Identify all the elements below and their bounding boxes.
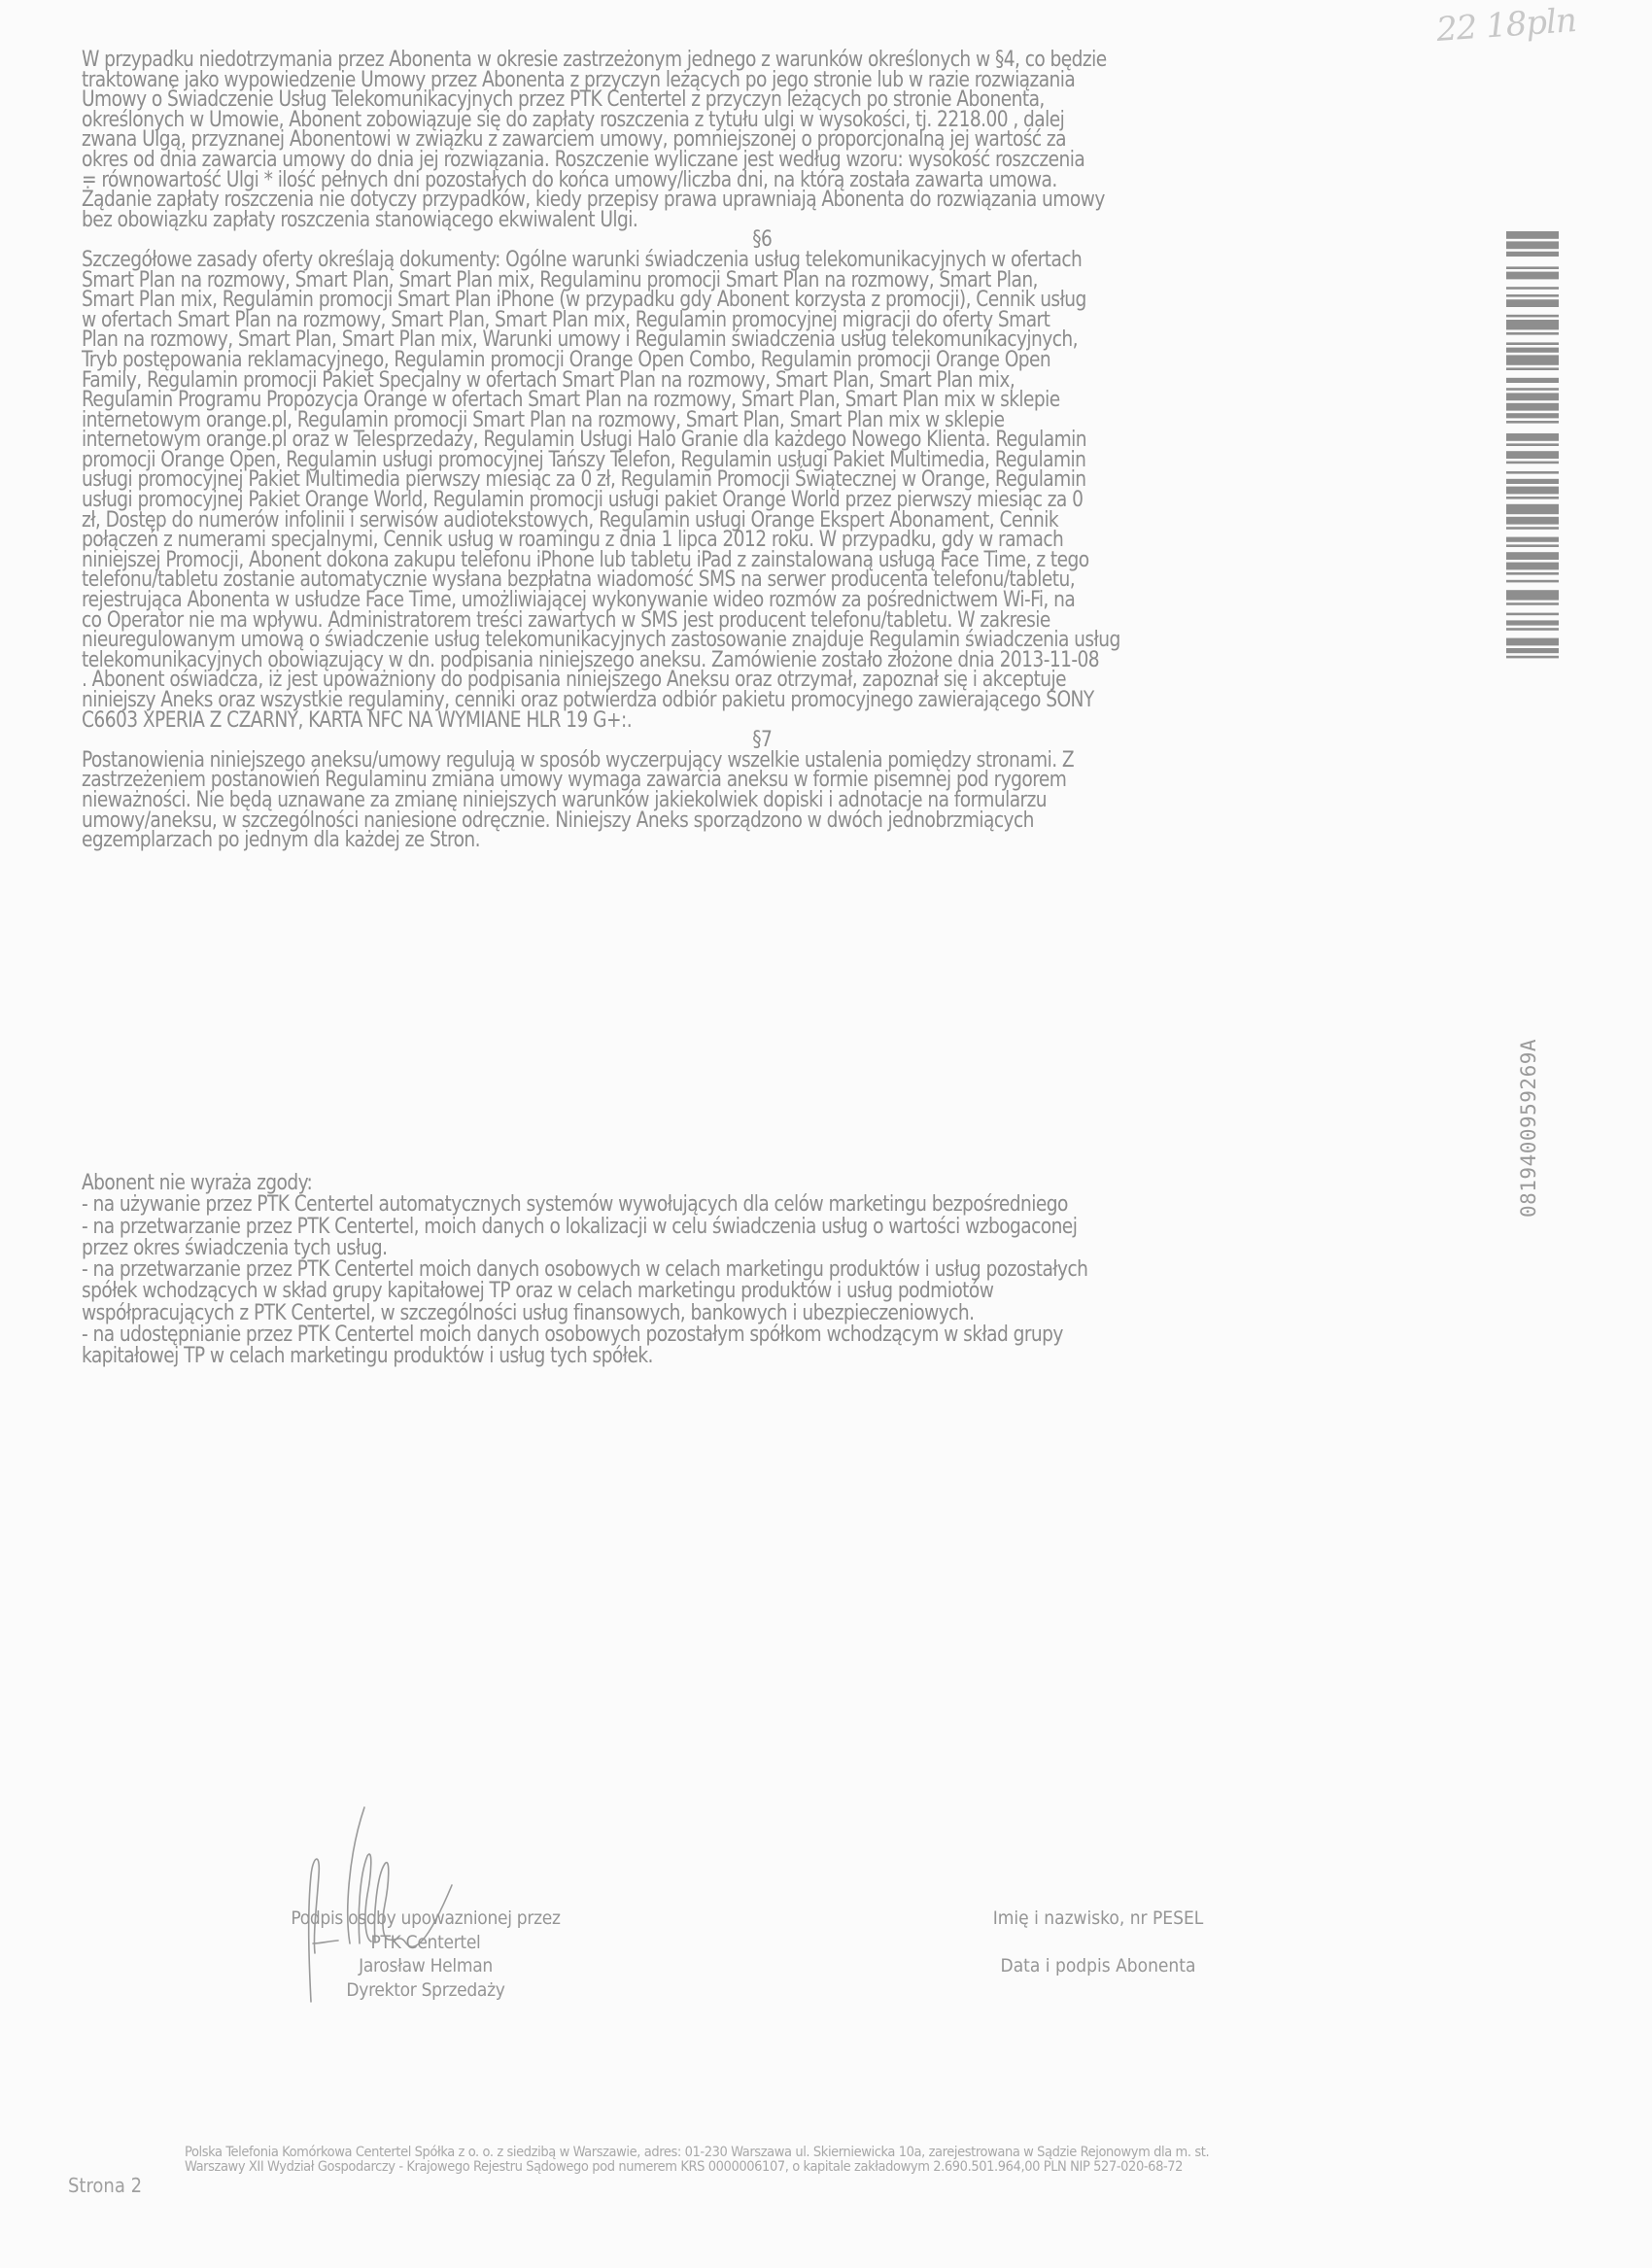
consent-item: kapitałowej TP w celach marketingu produ… <box>82 1346 1360 1367</box>
consent-item: spółek wchodzących w skład grupy kapitał… <box>82 1281 1360 1302</box>
consent-heading: Abonent nie wyraża zgody: <box>82 1173 1360 1194</box>
signatory-label: Podpis osoby upowaznionej przez <box>270 1907 581 1931</box>
handwritten-note: 22 18pln <box>1435 1 1577 50</box>
section-5-text: W przypadku niedotrzymania przez Abonent… <box>82 51 1360 230</box>
consent-item: przez okres świadczenia tych usług. <box>82 1238 1360 1259</box>
footer-legal-text: Polska Telefonia Komórkowa Centertel Spó… <box>185 2146 1448 2175</box>
authorized-signatory-block: Podpis osoby upowaznionej przez PTK Cent… <box>270 1907 581 2002</box>
page-number: Strona 2 <box>68 2174 142 2197</box>
consent-item: - na przetwarzanie przez PTK Centertel m… <box>82 1259 1360 1281</box>
consent-item: - na używanie przez PTK Centertel automa… <box>82 1194 1360 1216</box>
signatory-name: Jarosław Helman <box>270 1954 581 1978</box>
subscriber-signature-block: Imię i nazwisko, nr PESEL Data i podpis … <box>933 1907 1263 1977</box>
section-7-text: Postanowienia niniejszego aneksu/umowy r… <box>82 751 1360 851</box>
signatory-title: Dyrektor Sprzedaży <box>270 1978 581 2003</box>
signatory-company: PTK Centertel <box>270 1931 581 1955</box>
consent-block: Abonent nie wyraża zgody: - na używanie … <box>82 1173 1360 1368</box>
contract-body: W przypadku niedotrzymania przez Abonent… <box>82 51 1360 851</box>
text-line: bez obowiązku zapłaty roszczenia stanowi… <box>82 211 1360 231</box>
consent-list: - na używanie przez PTK Centertel automa… <box>82 1194 1360 1367</box>
consent-item: - na przetwarzanie przez PTK Centertel, … <box>82 1217 1360 1238</box>
document-page: 22 18pln W przypadku niedotrzymania prze… <box>0 0 1652 2268</box>
section-6-text: Szczegółowe zasady oferty określają doku… <box>82 251 1360 731</box>
consent-item: współpracujących z PTK Centertel, w szcz… <box>82 1303 1360 1324</box>
text-line: C6603 XPERIA Z CZARNY, KARTA NFC NA WYMI… <box>82 711 1360 732</box>
subscriber-date-label: Data i podpis Abonenta <box>933 1954 1263 1978</box>
consent-item: - na udostępnianie przez PTK Centertel m… <box>82 1324 1360 1346</box>
barcode-icon <box>1506 231 1559 979</box>
text-line: egzemplarzach po jednym dla każdej ze St… <box>82 831 1360 851</box>
barcode-number: 0819400959269A <box>1509 1036 1548 1220</box>
subscriber-name-label: Imię i nazwisko, nr PESEL <box>933 1907 1263 1931</box>
